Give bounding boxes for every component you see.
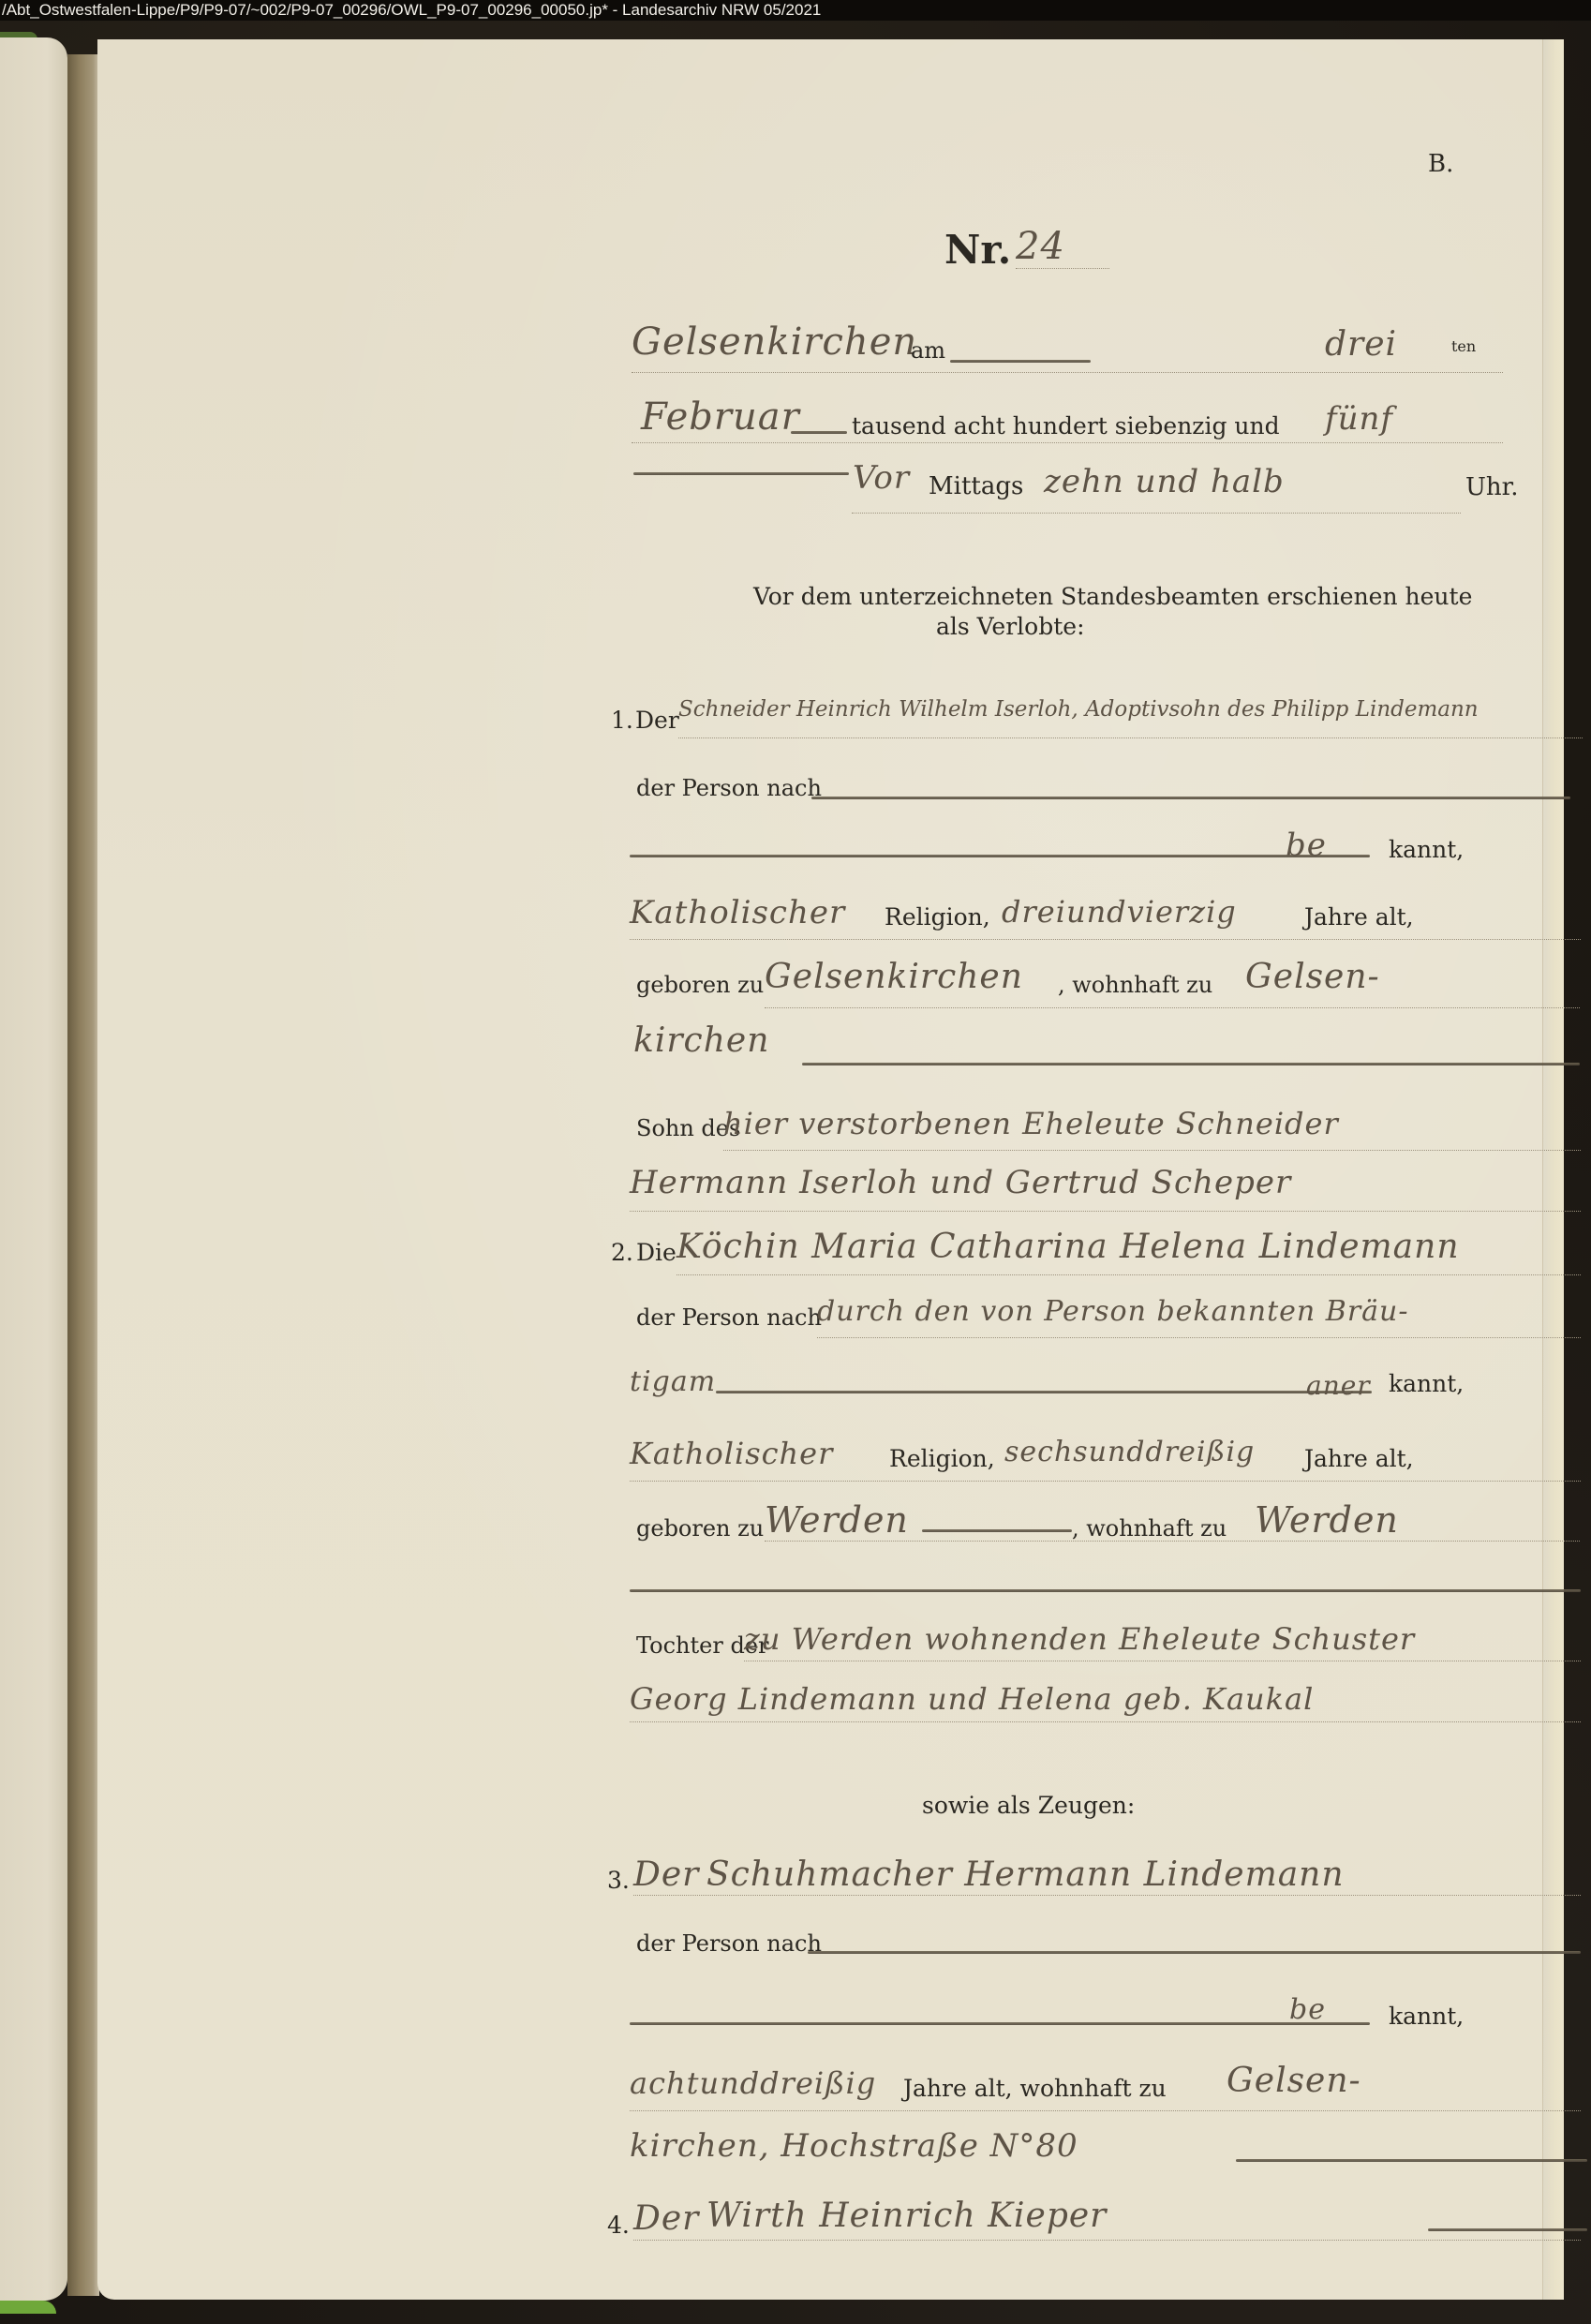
time-handwritten: zehn und halb xyxy=(1044,463,1285,500)
bride-born-handwritten: Werden xyxy=(765,1499,909,1541)
uhr-label: Uhr. xyxy=(1465,473,1519,501)
number-line xyxy=(1016,268,1109,269)
witness3-resides-handwritten-1: Gelsen- xyxy=(1227,2062,1361,2100)
ink-stroke xyxy=(811,797,1570,799)
bride-resides-label: , wohnhaft zu xyxy=(1072,1515,1227,1542)
day-suffix: ten xyxy=(1451,337,1476,355)
bride-person-handwritten-1: durch den von Person bekannten Bräu- xyxy=(817,1295,1409,1328)
form-line xyxy=(744,1661,1581,1661)
form-line xyxy=(630,1211,1581,1212)
ink-stroke xyxy=(630,1589,1581,1592)
groom-age-handwritten: dreiundvierzig xyxy=(1002,894,1237,930)
witness3-der-handwritten: Der xyxy=(633,1855,699,1894)
witness3-age-handwritten: achtunddreißig xyxy=(630,2065,876,2101)
witness4-der-handwritten: Der xyxy=(633,2199,699,2238)
witness3-person-label: der Person nach xyxy=(636,1930,822,1957)
day-handwritten: drei xyxy=(1325,325,1397,364)
bride-known-label: kannt, xyxy=(1389,1370,1464,1397)
groom-known-label: kannt, xyxy=(1389,836,1464,863)
groom-born-handwritten: Gelsenkirchen xyxy=(765,958,1023,996)
groom-der-label: Der xyxy=(635,707,679,734)
witness4-index: 4. xyxy=(607,2212,630,2239)
groom-age-label: Jahre alt, xyxy=(1304,903,1414,931)
mittags-label: Mittags xyxy=(929,472,1023,500)
page-edge xyxy=(1542,39,1564,2300)
bride-name-handwritten: Köchin Maria Catharina Helena Lindemann xyxy=(677,1228,1460,1266)
groom-index: 1. xyxy=(611,707,633,734)
ink-stroke xyxy=(633,472,849,475)
groom-religion-label: Religion, xyxy=(885,903,990,931)
groom-parents-handwritten-2: Hermann Iserloh und Gertrud Scheper xyxy=(630,1164,1291,1201)
witness3-age-label: Jahre alt, wohnhaft zu xyxy=(903,2075,1167,2102)
groom-person-label: der Person nach xyxy=(636,775,822,801)
ink-stroke xyxy=(802,1063,1580,1065)
form-line xyxy=(633,1895,1581,1896)
bride-known-handwritten: aner xyxy=(1306,1370,1371,1401)
witness3-name-handwritten: Schuhmacher Hermann Lindemann xyxy=(706,1855,1345,1894)
bride-religion-label: Religion, xyxy=(889,1445,995,1472)
month-handwritten: Februar xyxy=(641,395,800,439)
witness3-known-label: kannt, xyxy=(1389,2003,1464,2030)
vor-handwritten: Vor xyxy=(853,459,910,497)
groom-name-handwritten: Schneider Heinrich Wilhelm Iserloh, Adop… xyxy=(678,697,1479,722)
form-line xyxy=(677,1274,1581,1275)
witness3-resides-handwritten-2: kirchen, Hochstraße N°80 xyxy=(630,2127,1078,2165)
ink-stroke xyxy=(1428,2228,1587,2231)
ink-stroke xyxy=(630,2022,1370,2025)
form-line xyxy=(765,1007,1580,1008)
book-gutter xyxy=(67,54,99,2296)
ink-stroke xyxy=(1236,2159,1587,2162)
viewer-title-bar: /Abt_Ostwestfalen-Lippe/P9/P9-07/~002/P9… xyxy=(0,0,1591,21)
form-line xyxy=(630,2110,1581,2111)
bride-religion-handwritten: Katholischer xyxy=(630,1436,833,1471)
form-line xyxy=(723,1150,1581,1151)
intro-line-2: als Verlobte: xyxy=(936,613,1085,640)
form-letter: B. xyxy=(1428,150,1453,178)
bride-person-label: der Person nach xyxy=(636,1304,822,1331)
ink-stroke xyxy=(950,360,1091,363)
form-line xyxy=(630,939,1581,940)
groom-resides-handwritten-2: kirchen xyxy=(633,1021,769,1060)
form-line xyxy=(630,1481,1581,1482)
groom-born-label: geboren zu xyxy=(636,972,764,998)
header-line xyxy=(852,513,1461,514)
groom-known-handwritten: be xyxy=(1286,827,1327,864)
bride-age-handwritten: sechsunddreißig xyxy=(1004,1436,1255,1468)
bride-die-label: Die xyxy=(636,1239,677,1266)
form-line xyxy=(817,1337,1581,1338)
bride-parents-handwritten-2: Georg Lindemann und Helena geb. Kaukal xyxy=(630,1681,1314,1717)
groom-resides-label: , wohnhaft zu xyxy=(1058,972,1212,998)
witness4-name-handwritten: Wirth Heinrich Kieper xyxy=(706,2197,1107,2235)
witness3-known-handwritten: be xyxy=(1289,1993,1326,2026)
ink-stroke xyxy=(791,431,847,434)
bride-index: 2. xyxy=(611,1239,633,1266)
witnesses-heading: sowie als Zeugen: xyxy=(922,1792,1135,1819)
record-number-label: Nr. xyxy=(944,227,1011,273)
bride-born-label: geboren zu xyxy=(636,1515,764,1542)
register-page: B. Nr. 24 Gelsenkirchen am drei ten Febr… xyxy=(97,39,1564,2300)
groom-resides-handwritten-1: Gelsen- xyxy=(1245,958,1380,996)
bride-resides-handwritten: Werden xyxy=(1255,1499,1399,1541)
ink-stroke xyxy=(808,1951,1581,1954)
binding-cloth xyxy=(0,2301,56,2314)
form-line xyxy=(630,1721,1581,1722)
form-line xyxy=(678,737,1583,738)
bride-person-handwritten-2: tigam xyxy=(630,1365,716,1398)
am-label: am xyxy=(911,337,945,364)
groom-parents-handwritten-1: hier verstorbenen Eheleute Schneider xyxy=(723,1106,1339,1141)
ink-stroke xyxy=(630,855,1370,857)
header-line xyxy=(632,372,1503,373)
groom-religion-handwritten: Katholischer xyxy=(630,894,845,931)
file-path-title: /Abt_Ostwestfalen-Lippe/P9/P9-07/~002/P9… xyxy=(2,1,821,19)
ink-stroke xyxy=(922,1529,1072,1532)
year-printed: tausend acht hundert siebenzig und xyxy=(852,412,1280,439)
bride-parents-handwritten-1: zu Werden wohnenden Eheleute Schuster xyxy=(744,1621,1415,1657)
year-handwritten: fünf xyxy=(1325,400,1393,438)
witness3-index: 3. xyxy=(607,1867,630,1894)
form-line xyxy=(765,1541,1580,1542)
intro-line-1: Vor dem unterzeichneten Standesbeamten e… xyxy=(753,583,1472,610)
place-handwritten: Gelsenkirchen xyxy=(632,320,917,364)
record-number-value: 24 xyxy=(1016,225,1065,268)
form-line xyxy=(633,2240,1581,2241)
header-line xyxy=(632,442,1503,443)
facing-page-edge xyxy=(0,37,67,2301)
ink-stroke xyxy=(716,1391,1372,1393)
bride-age-label: Jahre alt, xyxy=(1304,1445,1414,1472)
